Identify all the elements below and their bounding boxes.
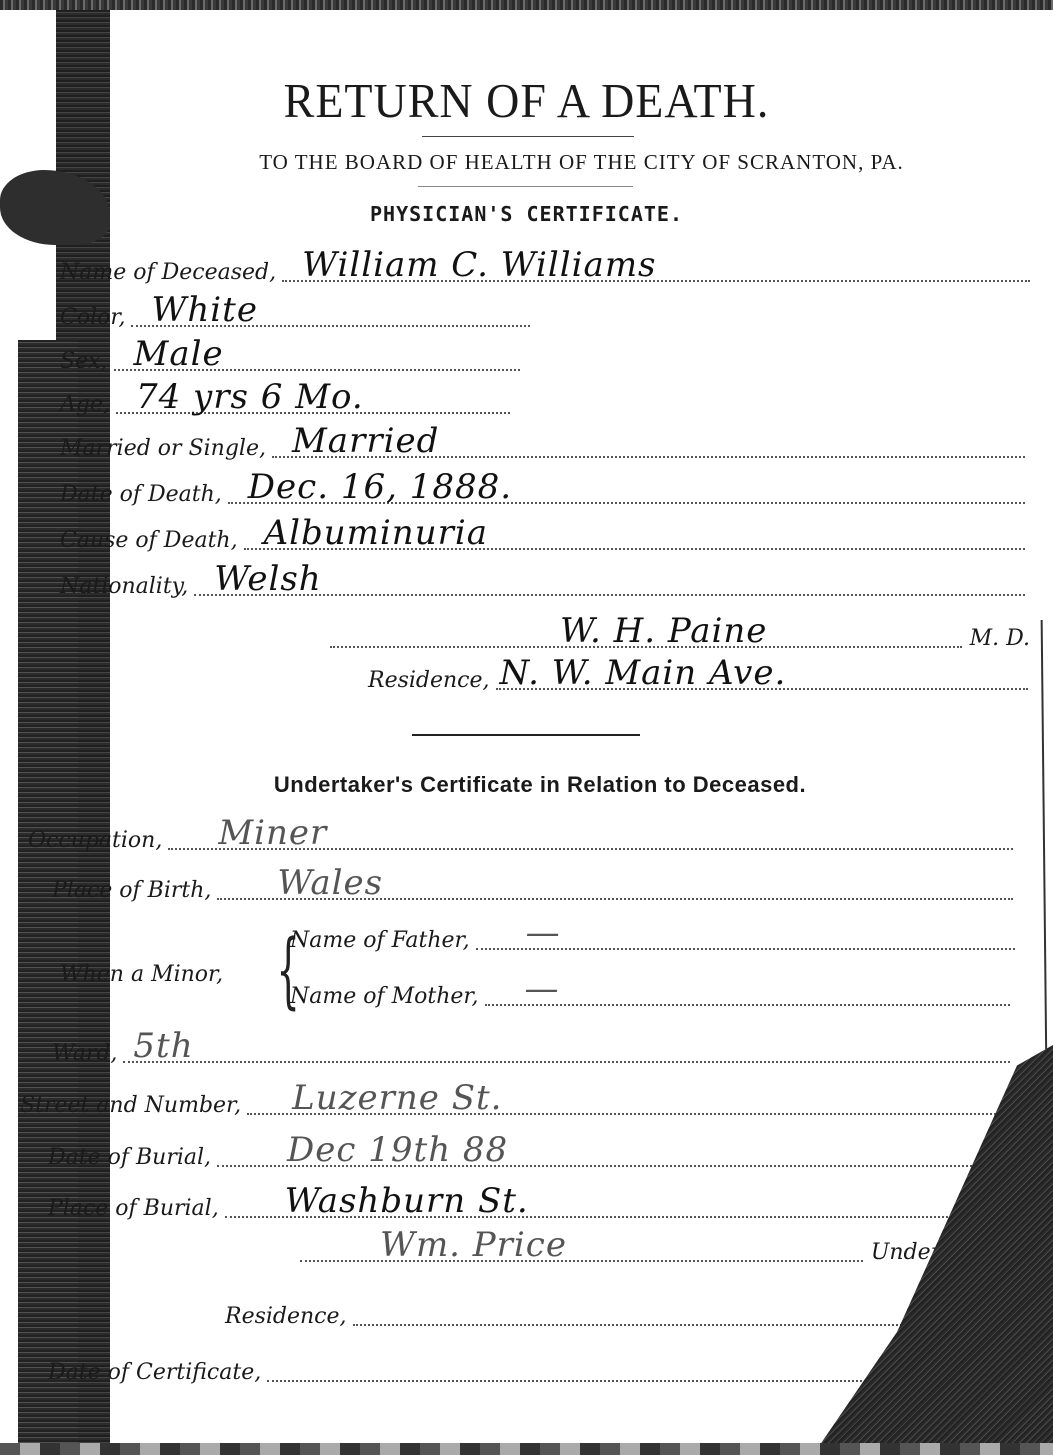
field-label: Date of Certificate,: [48, 1362, 267, 1384]
field-name-of-father: Name of Father, —: [290, 930, 1015, 952]
field-label: Cause of Death,: [60, 530, 244, 552]
field-label: Street and Number,: [20, 1095, 247, 1117]
addressee-line: TO THE BOARD OF HEALTH OF THE CITY OF SC…: [110, 150, 1053, 175]
physician-residence: Residence, N. W. Main Ave.: [368, 670, 1028, 692]
signature-value: Wm. Price: [380, 1228, 567, 1262]
field-age: Age, 74 yrs 6 Mo.: [60, 394, 510, 416]
scan-top-edge: [0, 0, 1053, 10]
field-label: Place of Birth,: [52, 880, 217, 902]
field-name-of-deceased: Name of Deceased, William C. Williams: [60, 262, 1030, 284]
field-label: Residence,: [368, 670, 496, 692]
field-value: Washburn St.: [285, 1184, 529, 1218]
divider: [412, 734, 640, 736]
when-a-minor-label: When a Minor,: [60, 962, 223, 987]
field-place-of-birth: Place of Birth, Wales: [52, 880, 1013, 902]
physician-certificate-heading: PHYSICIAN'S CERTIFICATE.: [0, 202, 1053, 226]
field-date-of-death: Date of Death, Dec. 16, 1888.: [60, 484, 1025, 506]
field-value: Dec 19th 88: [287, 1133, 508, 1167]
undertaker-certificate-heading: Undertaker's Certificate in Relation to …: [0, 772, 1053, 798]
field-label: Name of Mother,: [290, 986, 485, 1008]
scan-bottom-edge: [0, 1443, 1053, 1455]
field-color: Color, White: [60, 307, 530, 329]
field-value: William C. Williams: [302, 248, 656, 282]
signature-suffix: M. D.: [962, 628, 1030, 650]
field-label: Sex,: [60, 351, 114, 373]
undertaker-signature: Wm. Price Undertaker: [300, 1242, 1000, 1264]
field-label: Name of Deceased,: [60, 262, 282, 284]
undertaker-residence: Residence,: [225, 1306, 945, 1328]
divider: [418, 186, 633, 187]
divider: [422, 136, 634, 137]
date-of-certificate: Date of Certificate,: [48, 1362, 898, 1384]
field-name-of-mother: Name of Mother, —: [290, 986, 1010, 1008]
field-value: Married: [292, 424, 439, 458]
field-value: Male: [134, 337, 224, 371]
field-label: Date of Burial,: [48, 1147, 217, 1169]
field-label: Married or Single,: [60, 438, 272, 460]
field-value: 5th: [133, 1029, 193, 1063]
field-label: Residence,: [225, 1306, 353, 1328]
physician-signature: W. H. Paine M. D.: [330, 628, 1030, 650]
field-value: Dec. 16, 1888.: [248, 470, 512, 504]
field-occupation: Occupation, Miner: [28, 830, 1013, 852]
field-value: —: [526, 916, 561, 950]
field-label: Place of Burial,: [48, 1198, 225, 1220]
field-value: Miner: [218, 816, 327, 850]
field-label: Name of Father,: [290, 930, 476, 952]
field-sex: Sex, Male: [60, 351, 520, 373]
field-label: Nationality,: [60, 576, 194, 598]
field-value: 74 yrs 6 Mo.: [136, 380, 364, 414]
field-value: Wales: [277, 866, 383, 900]
field-married-or-single: Married or Single, Married: [60, 438, 1025, 460]
document-title: RETURN OF A DEATH.: [0, 73, 1053, 129]
field-nationality: Nationality, Welsh: [60, 576, 1025, 598]
field-value: N. W. Main Ave.: [500, 656, 787, 690]
field-label: Ward,: [52, 1043, 123, 1065]
field-value: Luzerne St.: [292, 1081, 502, 1115]
field-date-of-burial: Date of Burial, Dec 19th 88: [48, 1147, 1008, 1169]
field-label: Date of Death,: [60, 484, 228, 506]
field-value: White: [151, 293, 258, 327]
field-value: Welsh: [214, 562, 322, 596]
field-value: —: [525, 972, 560, 1006]
field-label: Color,: [60, 307, 131, 329]
field-street-and-number: Street and Number, Luzerne St.: [20, 1095, 1008, 1117]
signature-value: W. H. Paine: [560, 614, 767, 648]
field-value: Albuminuria: [264, 516, 488, 550]
field-ward: Ward, 5th: [52, 1043, 1010, 1065]
field-label: Age,: [60, 394, 116, 416]
field-cause-of-death: Cause of Death, Albuminuria: [60, 530, 1025, 552]
field-place-of-burial: Place of Burial, Washburn St.: [48, 1198, 1008, 1220]
field-label: Occupation,: [28, 830, 168, 852]
